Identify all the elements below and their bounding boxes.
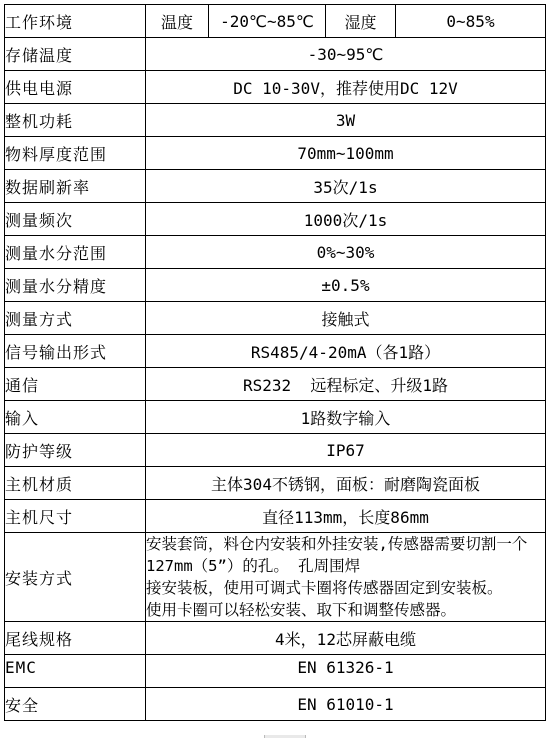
spec-row-value: DC 10-30V，推荐使用DC 12V <box>146 71 546 104</box>
spec-row-label: 输入 <box>5 401 146 434</box>
spec-row-value: -30~95℃ <box>146 38 546 71</box>
spec-row-label: 工作环境 <box>5 5 146 38</box>
temperature-value: -20℃~85℃ <box>209 5 326 38</box>
table-row-input: 输入 1路数字输入 <box>5 401 546 434</box>
humidity-sublabel: 湿度 <box>326 5 396 38</box>
table-row-housing-material: 主机材质 主体304不锈钢，面板：耐磨陶瓷面板 <box>5 467 546 500</box>
table-row-communication: 通信 RS232 远程标定、升级1路 <box>5 368 546 401</box>
spec-row-label: 供电电源 <box>5 71 146 104</box>
table-row-working-environment: 工作环境 温度 -20℃~85℃ 湿度 0~85% <box>5 5 546 38</box>
table-row-cable-spec: 尾线规格 4米，12芯屏蔽电缆 <box>5 622 546 655</box>
spec-row-value: 直径113mm，长度86mm <box>146 500 546 533</box>
spec-row-label: 安装方式 <box>5 533 146 622</box>
spec-row-value: ±0.5% <box>146 269 546 302</box>
humidity-value: 0~85% <box>396 5 546 38</box>
spec-row-value: 接触式 <box>146 302 546 335</box>
spec-row-label: 安全 <box>5 688 146 721</box>
temperature-sublabel: 温度 <box>146 5 209 38</box>
table-row-safety: 安全 EN 61010-1 <box>5 688 546 721</box>
spec-row-value: 4米，12芯屏蔽电缆 <box>146 622 546 655</box>
spec-row-value: 1路数字输入 <box>146 401 546 434</box>
spec-row-label: 测量水分范围 <box>5 236 146 269</box>
spec-row-label: EMC <box>5 655 146 688</box>
spec-row-label: 通信 <box>5 368 146 401</box>
spec-row-value: EN 61326-1 <box>146 655 546 688</box>
spec-row-label: 物料厚度范围 <box>5 137 146 170</box>
table-row-protection-rating: 防护等级 IP67 <box>5 434 546 467</box>
spec-document-page: 工作环境 温度 -20℃~85℃ 湿度 0~85% 存储温度 -30~95℃ 供… <box>0 0 550 740</box>
spec-row-label: 尾线规格 <box>5 622 146 655</box>
spec-row-label: 信号输出形式 <box>5 335 146 368</box>
spec-row-label: 主机尺寸 <box>5 500 146 533</box>
spec-row-value: 70mm~100mm <box>146 137 546 170</box>
table-row-emc: EMC EN 61326-1 <box>5 655 546 688</box>
table-row-data-refresh-rate: 数据刷新率 35次/1s <box>5 170 546 203</box>
spec-row-value: 1000次/1s <box>146 203 546 236</box>
spec-row-value: 安装套筒，料仓内安装和外挂安装,传感器需要切割一个 127mm（5”）的孔。 孔… <box>146 533 546 622</box>
spec-row-value: 3W <box>146 104 546 137</box>
spec-row-value: EN 61010-1 <box>146 688 546 721</box>
table-row-installation-method: 安装方式 安装套筒，料仓内安装和外挂安装,传感器需要切割一个 127mm（5”）… <box>5 533 546 622</box>
table-row-storage-temperature: 存储温度 -30~95℃ <box>5 38 546 71</box>
table-row-power-consumption: 整机功耗 3W <box>5 104 546 137</box>
spec-row-label: 测量频次 <box>5 203 146 236</box>
spec-row-value: 主体304不锈钢，面板：耐磨陶瓷面板 <box>146 467 546 500</box>
spec-row-value: RS485/4-20mA（各1路） <box>146 335 546 368</box>
table-row-moisture-range: 测量水分范围 0%~30% <box>5 236 546 269</box>
spec-table: 工作环境 温度 -20℃~85℃ 湿度 0~85% 存储温度 -30~95℃ 供… <box>4 4 546 721</box>
table-row-moisture-accuracy: 测量水分精度 ±0.5% <box>5 269 546 302</box>
spec-row-label: 数据刷新率 <box>5 170 146 203</box>
table-row-power-supply: 供电电源 DC 10-30V，推荐使用DC 12V <box>5 71 546 104</box>
table-row-signal-output: 信号输出形式 RS485/4-20mA（各1路） <box>5 335 546 368</box>
spec-row-label: 主机材质 <box>5 467 146 500</box>
spec-row-label: 整机功耗 <box>5 104 146 137</box>
spec-row-label: 测量水分精度 <box>5 269 146 302</box>
spec-row-value: 35次/1s <box>146 170 546 203</box>
scrollbar-artifact <box>264 735 306 738</box>
spec-row-value: IP67 <box>146 434 546 467</box>
spec-row-label: 存储温度 <box>5 38 146 71</box>
table-row-material-thickness-range: 物料厚度范围 70mm~100mm <box>5 137 546 170</box>
table-row-housing-dimensions: 主机尺寸 直径113mm，长度86mm <box>5 500 546 533</box>
spec-row-label: 防护等级 <box>5 434 146 467</box>
table-row-measurement-method: 测量方式 接触式 <box>5 302 546 335</box>
table-row-measurement-frequency: 测量频次 1000次/1s <box>5 203 546 236</box>
spec-row-value: RS232 远程标定、升级1路 <box>146 368 546 401</box>
spec-row-label: 测量方式 <box>5 302 146 335</box>
spec-row-value: 0%~30% <box>146 236 546 269</box>
